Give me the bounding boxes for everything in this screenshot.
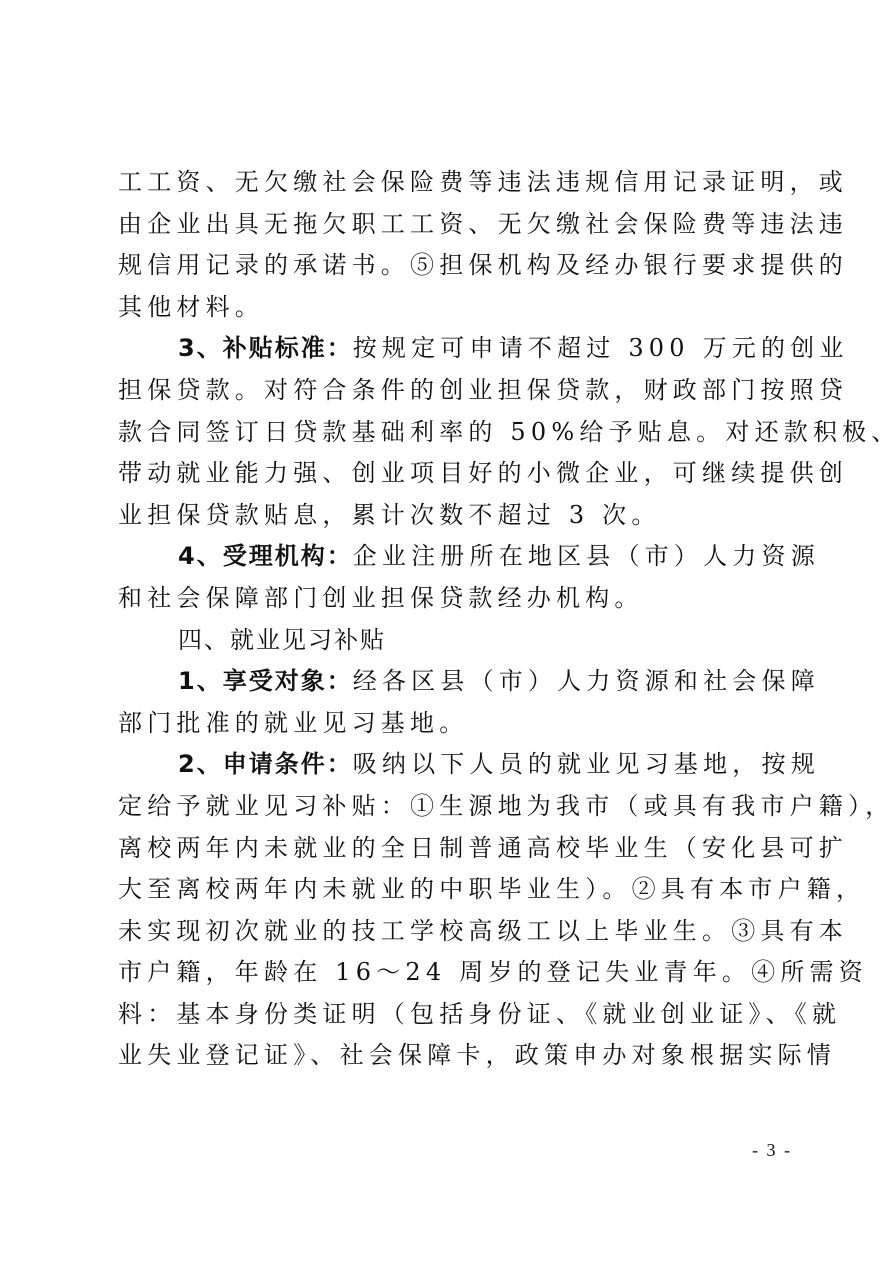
text-run: 经各区县（市）人力资源和社会保障 (353, 667, 820, 695)
document-page: 工工资、无欠缴社会保险费等违法违规信用记录证明，或 由企业出具无拖欠职工工资、无… (0, 0, 892, 1262)
text-line: 部门批准的就业见习基地。 (118, 703, 786, 745)
text-line: 带动就业能力强、创业项目好的小微企业，可继续提供创 (118, 453, 786, 495)
text-line: 料：基本身份类证明（包括身份证、《就业创业证》、《就 (118, 994, 786, 1036)
paragraph-beneficiaries: 1、享受对象：经各区县（市）人力资源和社会保障 部门批准的就业见习基地。 (118, 661, 786, 744)
text-line: 2、申请条件：吸纳以下人员的就业见习基地，按规 (118, 744, 786, 786)
text-line: 业失业登记证》、社会保障卡，政策申办对象根据实际情 (118, 1035, 786, 1077)
page-number: - 3 - (752, 1140, 792, 1161)
item-label-application-conditions: 2、申请条件： (178, 750, 353, 778)
text-line: 规信用记录的承诺书。⑤担保机构及经办银行要求提供的 (118, 245, 786, 287)
section-heading-internship-subsidy: 四、就业见习补贴 (118, 620, 786, 662)
text-line: 担保贷款。对符合条件的创业担保贷款，财政部门按照贷 (118, 370, 786, 412)
text-line: 其他材料。 (118, 287, 786, 329)
item-label-handling-agency: 4、受理机构： (178, 542, 353, 570)
text-run: 企业注册所在地区县（市）人力资源 (353, 542, 820, 570)
text-line: 3、补贴标准：按规定可申请不超过 300 万元的创业 (118, 328, 786, 370)
text-line: 大至离校两年内未就业的中职毕业生）。②具有本市户籍， (118, 869, 786, 911)
text-line: 4、受理机构：企业注册所在地区县（市）人力资源 (118, 536, 786, 578)
paragraph-handling-agency: 4、受理机构：企业注册所在地区县（市）人力资源 和社会保障部门创业担保贷款经办机… (118, 536, 786, 619)
text-line: 定给予就业见习补贴：①生源地为我市（或具有我市户籍）， (118, 786, 786, 828)
paragraph-subsidy-standard: 3、补贴标准：按规定可申请不超过 300 万元的创业 担保贷款。对符合条件的创业… (118, 328, 786, 536)
text-run: 按规定可申请不超过 300 万元的创业 (353, 334, 849, 362)
text-line: 款合同签订日贷款基础利率的 50%给予贴息。对还款积极、 (118, 412, 786, 454)
text-line: 离校两年内未就业的全日制普通高校毕业生（安化县可扩 (118, 828, 786, 870)
section-heading-text: 四、就业见习补贴 (118, 620, 786, 662)
text-line: 未实现初次就业的技工学校高级工以上毕业生。③具有本 (118, 911, 786, 953)
text-run: 吸纳以下人员的就业见习基地，按规 (353, 750, 820, 778)
text-line: 工工资、无欠缴社会保险费等违法违规信用记录证明，或 (118, 162, 786, 204)
paragraph-application-conditions: 2、申请条件：吸纳以下人员的就业见习基地，按规 定给予就业见习补贴：①生源地为我… (118, 744, 786, 1077)
text-line: 市户籍，年龄在 16～24 周岁的登记失业青年。④所需资 (118, 952, 786, 994)
text-line: 和社会保障部门创业担保贷款经办机构。 (118, 578, 786, 620)
text-line: 1、享受对象：经各区县（市）人力资源和社会保障 (118, 661, 786, 703)
text-line: 业担保贷款贴息，累计次数不超过 3 次。 (118, 495, 786, 537)
paragraph-continued-materials: 工工资、无欠缴社会保险费等违法违规信用记录证明，或 由企业出具无拖欠职工工资、无… (118, 162, 786, 328)
document-body: 工工资、无欠缴社会保险费等违法违规信用记录证明，或 由企业出具无拖欠职工工资、无… (118, 162, 786, 1077)
text-line: 由企业出具无拖欠职工工资、无欠缴社会保险费等违法违 (118, 204, 786, 246)
item-label-subsidy-standard: 3、补贴标准： (178, 334, 353, 362)
item-label-beneficiaries: 1、享受对象： (178, 667, 353, 695)
